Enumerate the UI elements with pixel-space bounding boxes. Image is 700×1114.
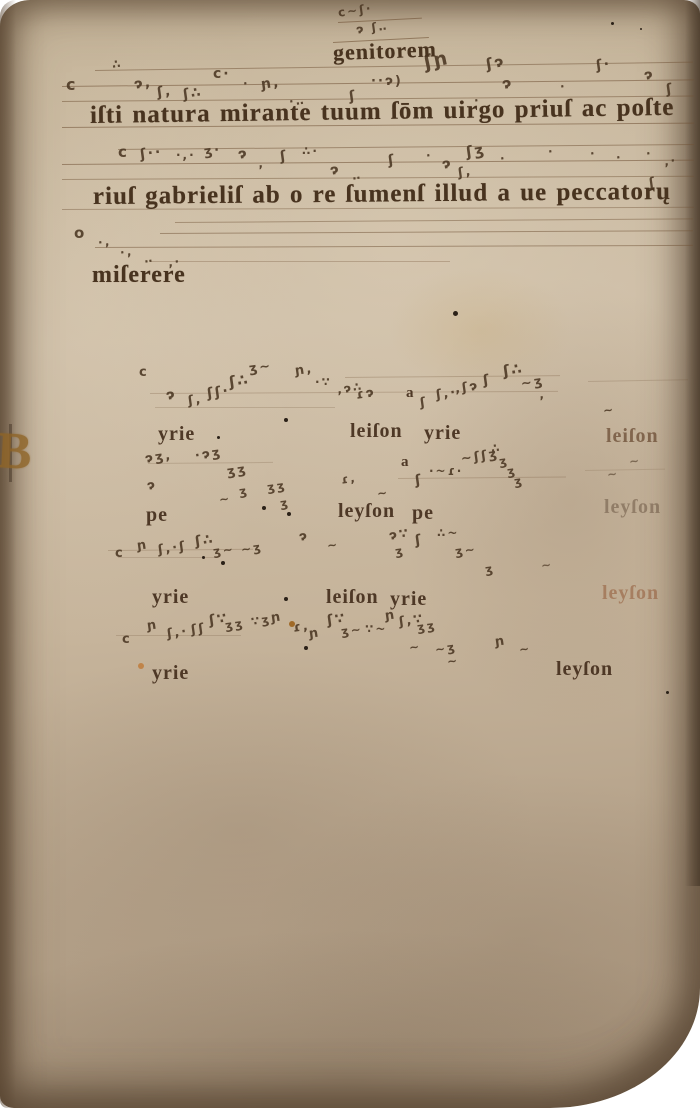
neume-cluster: ʒ~ [212,544,226,558]
neume-cluster: ·ɂʒ [194,448,209,463]
kyrie-word: a [406,386,421,401]
neume-cluster: ɾɂ [355,387,370,402]
staff-line [150,391,558,394]
neume-cluster: ʒ [238,484,252,498]
neume-cluster: c~ʃ· [337,5,351,19]
neume-cluster: · [559,79,573,93]
neume-cluster: ~ [606,467,620,481]
kyrie-word: pe [146,505,168,525]
chant-line-1: iſti natura mirante tuum ſōm uirgo priuſ… [90,94,675,131]
kyrie-word: yrie [152,663,189,683]
neume-cluster: ʒ [394,544,408,558]
neume-cluster: ∴~ [437,527,449,539]
neume-cluster: ~ʒ [434,642,448,656]
staff-line [585,469,665,471]
neume-cluster: ʃ, [457,165,472,180]
wormhole [611,22,614,25]
neume-cluster: ʃ∵ [208,612,224,628]
wormhole [453,311,458,316]
neume-cluster: , [538,387,552,401]
neume-cluster: ʃ∵ [326,612,342,628]
neume-cluster: ɂ [329,162,345,178]
neume-cluster: c [139,366,152,379]
neume-cluster: ∵ʒ [250,614,264,628]
neume-cluster: ʃ,·ʃ [157,542,172,557]
neumes-layer: c~ʃ·ɂ ʃ‥c∴ɂ,ʃ,ʃ∴c··ɲ,·‥ʃ··ɂ)ʃɲʃɂ·ɂ·ʃ·ɂʃc… [0,0,700,1114]
neume-cluster: ʃ∴ [228,373,245,390]
staff-line [118,557,218,558]
neume-cluster: ʃ,∵ [398,614,413,629]
staff-line [150,261,450,262]
staff-line [175,218,693,223]
neume-cluster: ∴· [302,145,314,157]
neume-cluster: ʃ,· [166,626,181,641]
wormhole [138,663,144,669]
neume-cluster: ɂ [298,529,313,544]
neume-cluster: ʒ [506,464,520,478]
kyrie-word: leyſon [338,501,395,521]
neume-cluster: ʃɂ [485,55,502,72]
page-left-edge-shadow [0,0,16,1108]
neume-cluster: ɲ [384,608,399,623]
neume-cluster: ~ [376,486,390,500]
neume-cluster: · [499,151,513,165]
neume-cluster: ɾ, [292,620,307,635]
staff-lines-layer [0,0,700,1114]
neume-cluster: ʃʃ [190,622,205,637]
wormhole [666,691,669,694]
neume-cluster: ʃʒ [465,143,482,160]
neume-cluster: ɂ∵ [388,528,403,543]
spots-layer [0,0,700,1114]
neume-cluster: · [615,150,629,164]
neume-cluster: ·, [97,235,111,249]
staff-line [155,407,335,408]
neume-cluster: ɂ [165,387,181,403]
neume-cluster: ~ʃʃʒ [460,451,475,466]
neume-cluster: c [66,77,82,93]
neume-cluster: ~ʒ [520,376,535,391]
neume-cluster: ~ [218,492,232,506]
neume-cluster: ɲ, [260,76,276,92]
staff-line [398,477,566,479]
neume-cluster: ʃ∴ [194,533,210,549]
neume-cluster: ··ɂ) [371,75,384,88]
wormhole [221,561,225,565]
neume-cluster: ~ [602,403,616,417]
neume-cluster: · [547,144,561,158]
staff-line [108,549,253,551]
neume-cluster: ∴ [490,441,504,455]
chant-line-2: riuſ gabrieliſ ab o re ſumenſ illud a ue… [93,178,671,212]
neume-cluster: ɲ [494,634,509,649]
neume-cluster: ʒ [513,474,527,488]
wormhole [289,621,295,627]
kyrie-word: yrie [158,424,195,444]
neume-cluster: ʃ [419,395,434,410]
kyrie-word: pe [412,503,434,523]
margin-letter-b: B [0,421,33,482]
staff-line [116,635,241,636]
neume-cluster: ɾ, [340,472,354,486]
neume-cluster: ɂ ʃ‥ [355,22,369,36]
neume-cluster: ʃ [482,372,498,388]
kyrie-word: leyſon [602,583,659,603]
chant-line-3: miſerere [92,262,186,290]
neume-cluster: ʃ· [595,57,611,73]
chant-incipit: genitorem [333,36,438,65]
neume-cluster: ɲ [146,618,161,633]
neume-cluster: ɲ [270,610,285,625]
wormhole [640,28,642,30]
wormhole [304,646,308,650]
neume-cluster: c [122,633,135,646]
neume-cluster: ~ [540,558,554,572]
neume-cluster: ~ [326,538,340,552]
neume-cluster: ʒ [279,496,293,510]
kyrie-word: leiſon [606,426,659,446]
neume-cluster: ɂ [441,156,457,172]
neume-cluster: o [74,226,89,241]
neume-cluster: ʒ~ [454,544,468,558]
neume-cluster: ʃ [414,532,430,548]
wormhole [284,418,288,422]
neume-cluster: ʒ~ [340,624,354,638]
staff-line [588,379,688,382]
neume-cluster: ʒ [498,454,512,468]
neume-cluster: ʃʃ· [206,385,222,401]
neume-cluster: ∴ [111,57,125,71]
neume-cluster: ʒʒ [224,618,238,632]
kyrie-word: leiſon [350,421,403,441]
neume-cluster: ɂ [237,146,253,162]
neume-cluster: ʒ~ [248,361,263,376]
wormhole [262,506,266,510]
neume-cluster: ~ʒ [240,542,254,556]
neume-cluster: ,ɂ∴ [336,382,350,396]
kyrie-word: leiſon [326,587,379,607]
neume-cluster: ·∵ [315,376,327,388]
neume-cluster: ɲ [136,538,151,553]
neume-cluster: ·, [119,245,133,259]
neume-cluster: ɂ [501,75,518,92]
neume-cluster: c· [213,67,227,81]
kyrie-word: a [401,455,416,470]
neume-cluster: ∵~ [365,623,377,635]
staff-line [118,144,694,150]
neume-cluster: ʃ, [156,84,172,100]
staff-line [62,79,694,87]
neume-cluster: ,ʃɂ [454,381,469,396]
neume-cluster: ɲ, [294,363,309,378]
kyrie-words-layer: yrieleiſonyrieleiſonapeleyſonpeleyſonayr… [0,0,700,1114]
neume-cluster: · [425,148,439,162]
page-right-edge-shadow [685,0,700,886]
neume-cluster: ʒʒ [266,480,280,494]
neume-cluster: ɂʒ, [144,451,159,466]
neume-cluster: ·~ɾ· [429,465,441,477]
neume-cluster: ʃ, [187,393,202,408]
neume-cluster: ʃ,· [435,387,450,402]
neume-cluster: c [118,145,133,160]
kyrie-word: yrie [424,423,461,443]
neume-cluster: · [242,76,256,90]
neume-cluster: ʃ·· [139,146,155,162]
neume-cluster: · [645,146,659,160]
neume-cluster: ʒ [484,562,498,576]
staff-line [160,230,693,234]
wormhole [202,556,205,559]
staff-line [95,245,693,248]
neume-cluster: ~ [446,654,460,668]
neume-cluster: ,· [663,154,677,168]
neume-cluster: c [115,547,128,560]
neume-cluster: ʃ [387,152,403,168]
wormhole [284,597,288,601]
neume-cluster: ʒ· [203,144,218,159]
staff-line [338,18,422,23]
neume-cluster: ~ [628,454,642,468]
wormhole [287,512,291,516]
neume-cluster: ʃ [414,472,430,488]
neume-cluster: ʃ∴ [502,362,519,379]
neume-cluster: ɲ [308,626,323,641]
neume-cluster: ɂ [146,478,161,493]
neume-cluster: ʃ [279,148,295,164]
neume-cluster: ~ [408,640,422,654]
kyrie-word: yrie [390,589,427,609]
manuscript-photo: c~ʃ·ɂ ʃ‥c∴ɂ,ʃ,ʃ∴c··ɲ,·‥ʃ··ɂ)ʃɲʃɂ·ɂ·ʃ·ɂʃc… [0,0,700,1114]
staff-line [62,160,694,165]
parchment-page: c~ʃ·ɂ ʃ‥c∴ɂ,ʃ,ʃ∴c··ɲ,·‥ʃ··ɂ)ʃɲʃɂ·ɂ·ʃ·ɂʃc… [0,0,700,1108]
kyrie-word: leyſon [604,497,661,517]
neume-cluster: ɂ [643,67,659,83]
neume-cluster: · [589,146,603,160]
kyrie-word: leyſon [556,659,613,679]
neume-cluster: , [257,156,271,170]
neume-cluster: ~ [518,642,532,656]
neume-cluster: ʒʒ [226,464,241,479]
staff-line [148,462,273,464]
staff-line [345,375,560,378]
neume-cluster: ·,· [176,149,188,161]
neume-cluster: ʒʒ [416,620,430,634]
wormhole [217,436,220,439]
kyrie-word: yrie [152,587,189,607]
neume-cluster: ɂ, [133,76,149,92]
